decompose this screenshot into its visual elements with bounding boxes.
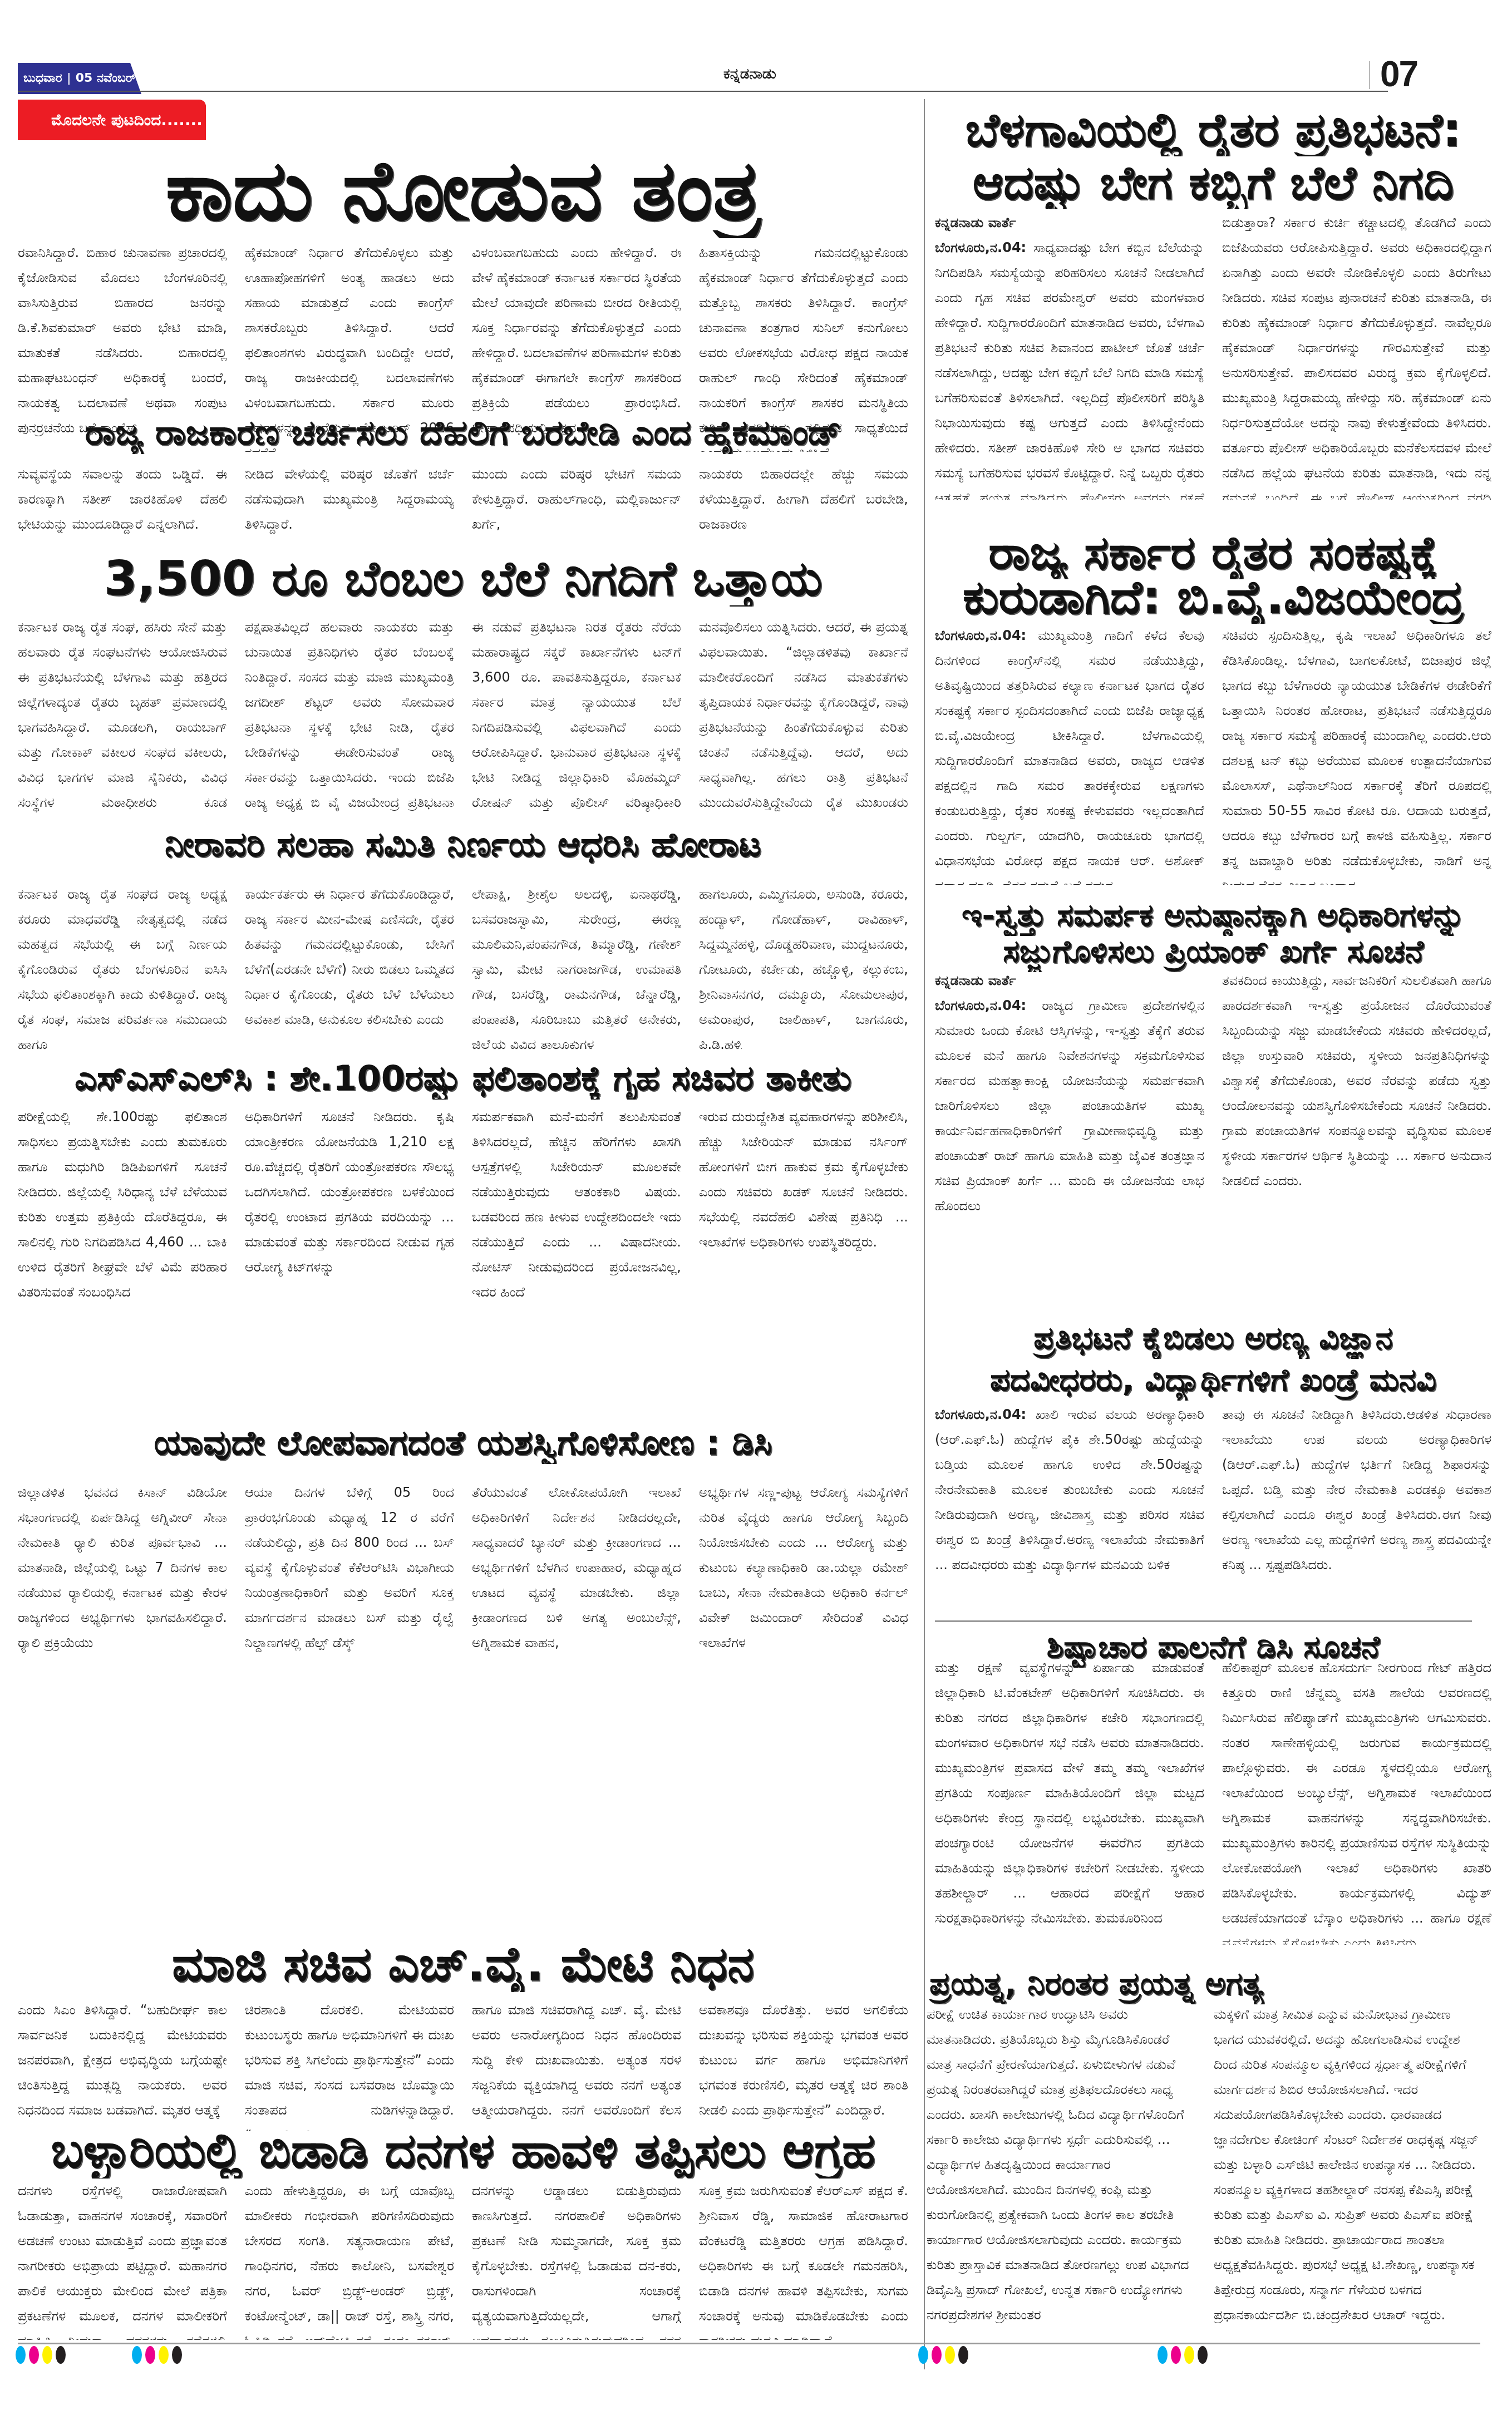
eswathu-headline-line1: ಇ-ಸ್ವತ್ತು ಸಮರ್ಪಕ ಅನುಷ್ಠಾನಕ್ಕಾಗಿ ಅಧಿಕಾರಿಗ… (935, 896, 1491, 936)
dateline: ಬೆಂಗಳೂರು,ನ.04: (935, 998, 1026, 1013)
eswathu-article-body: ಕನ್ನಡನಾಡು ವಾರ್ತೆ ಬೆಂಗಳೂರು,ನ.04: ರಾಜ್ಯದ ಗ… (935, 968, 1491, 1302)
effort-headline: ಪ್ರಯತ್ನ, ನಿರಂತರ ಪ್ರಯತ್ನ ಅಗತ್ಯ (929, 1964, 1486, 2004)
bottom-rule-right (924, 2343, 1480, 2344)
delhi-headline: ರಾಜ್ಯ ರಾಜಕಾರಣ ಚರ್ಚಿಸಲು ದೆಹಲಿಗೆ ಬರಬೇಡಿ ಎಂ… (18, 412, 908, 454)
article-text: ಖಾಲಿ ಇರುವ ವಲಯ ಅರಣ್ಯಾಧಿಕಾರಿ (ಆರ್.ಎಫ್.ಓ) ಹ… (935, 1407, 1204, 1573)
article-column: ಅವಕಾಶವೂ ದೊರೆತಿತ್ತು. ಅವರ ಅಗಲಿಕೆಯ ದುಃಖವನ್ನ… (699, 1998, 908, 2131)
article-column: ಹಾಗೂ ಮಾಜಿ ಸಚಿವರಾಗಿದ್ದ ಎಚ್. ವೈ. ಮೇಟಿ ಅವರು… (472, 1998, 681, 2131)
bottom-rule-left (18, 2343, 924, 2344)
byline: ಕನ್ನಡನಾಡು ವಾರ್ತೆ (935, 968, 1204, 993)
article-column: ಚಿರಶಾಂತಿ ದೊರಕಲಿ. ಮೇಟಿಯವರ ಕುಟುಂಬಸ್ಥರು ಹಾಗ… (245, 1998, 454, 2131)
obituary-article-body: ಎಂದು ಸಿಎಂ ತಿಳಿಸಿದ್ದಾರೆ. “ಬಹುದೀರ್ಘ ಕಾಲ ಸಾ… (18, 1998, 908, 2131)
article-column: ಕನ್ನಡನಾಡು ವಾರ್ತೆ ಬೆಂಗಳೂರು,ನ.04: ಸಾಧ್ಯವಾದ… (935, 210, 1204, 500)
protocol-article-body: ಮತ್ತು ರಕ್ಷಣೆ ವ್ಯವಸ್ಥೆಗಳನ್ನು ಏರ್ಪಾಡು ಮಾಡು… (935, 1655, 1491, 1945)
article-column: ಇರುವ ದುರುದ್ದೇಶಿತ ವ್ಯವಹಾರಗಳನ್ನು ಪರಿಶೀಲಿಸಿ… (699, 1105, 908, 1402)
date-label: 05 ನವೆಂಬರ್ 2025 (76, 71, 175, 85)
article-column: ಪರೀಕ್ಷೆಯಲ್ಲಿ ಶೇ.100ರಷ್ಟು ಫಲಿತಾಂಶ ಸಾಧಿಸಲು… (18, 1105, 227, 1402)
article-column: ಅಧಿಕಾರಿಗಳಿಗೆ ಸೂಚನೆ ನೀಡಿದರು. ಕೃಷಿ ಯಾಂತ್ರೀ… (245, 1105, 454, 1402)
yellow-dot (945, 2346, 955, 2364)
article-column: ಸೂಕ್ತ ಕ್ರಮ ಜರುಗಿಸುವಂತೆ ಕೆಆರ್‌ಎಸ್ ಪಕ್ಷದ ಕ… (699, 2179, 908, 2340)
article-column: ಕರ್ನಾಟಕ ರಾಜ್ಯ ರೈತ ಸಂಘ, ಹಸಿರು ಸೇನೆ ಮತ್ತು … (18, 615, 227, 821)
cattle-headline: ಬಳ್ಳಾರಿಯಲ್ಲಿ ಬಿಡಾಡಿ ದನಗಳ ಹಾವಳಿ ತಪ್ಪಿಸಲು … (18, 2123, 908, 2179)
article-column: ಈ ನಡುವೆ ಪ್ರತಿಭಟನಾ ನಿರತ ರೈತರು ನೆರೆಯ ಮಹಾರಾ… (472, 615, 681, 821)
date-banner: ಬುಧವಾರ|05 ನವೆಂಬರ್ 2025 (18, 63, 141, 94)
forestry-headline-line2: ಪದವೀಧರರು, ವಿದ್ಯಾರ್ಥಿಗಳಿಗೆ ಖಂಡ್ರೆ ಮನವಿ (935, 1361, 1491, 1401)
magenta-dot (932, 2346, 942, 2364)
registration-marks (1158, 2346, 1208, 2364)
article-column: ಬೆಂಗಳೂರು,ನ.04: ಖಾಲಿ ಇರುವ ವಲಯ ಅರಣ್ಯಾಧಿಕಾರ… (935, 1402, 1204, 1619)
yellow-dot (159, 2346, 169, 2364)
forestry-headline-line1: ಪ್ರತಿಭಟನೆ ಕೈಬಿಡಲು ಅರಣ್ಯ ವಿಜ್ಞಾನ (935, 1319, 1491, 1359)
article-column: ಮುಂದು ಎಂದು ವರಿಷ್ಠರ ಭೇಟಿಗೆ ಸಮಯ ಕೇಳುತ್ತಿದ್… (472, 462, 681, 545)
cyan-dot (1158, 2346, 1168, 2364)
article-column: ಹೆಲಿಕಾಪ್ಟರ್ ಮೂಲಕ ಹೊಸದುರ್ಗ ನೀರಗುಂದ ಗೇಟ್ ಹ… (1222, 1655, 1491, 1945)
forestry-article-body: ಬೆಂಗಳೂರು,ನ.04: ಖಾಲಿ ಇರುವ ವಲಯ ಅರಣ್ಯಾಧಿಕಾರ… (935, 1402, 1491, 1619)
effort-article-body: ಪರೀಕ್ಷೆ ಉಚಿತ ಕಾರ್ಯಾಗಾರ ಉದ್ಘಾಟಿಸಿ ಅವರು ಮಾ… (927, 2002, 1483, 2336)
sslc-headline: ಎಸ್‌ಎಸ್‌ಎಲ್‌ಸಿ : ಶೇ.100ರಷ್ಟು ಫಲಿತಾಂಶಕ್ಕೆ… (18, 1057, 908, 1100)
article-column: ಸಮರ್ಪಕವಾಗಿ ಮನೆ-ಮನೆಗೆ ತಲುಪಿಸುವಂತೆ ತಿಳಿಸಿದ… (472, 1105, 681, 1402)
belagavi-article-body: ಕನ್ನಡನಾಡು ವಾರ್ತೆ ಬೆಂಗಳೂರು,ನ.04: ಸಾಧ್ಯವಾದ… (935, 210, 1491, 500)
cyan-dot (918, 2346, 928, 2364)
article-column: ದನಗಳು ರಸ್ತೆಗಳಲ್ಲಿ ರಾಜಾರೋಷವಾಗಿ ಓಡಾಡುತ್ತಾ,… (18, 2179, 227, 2340)
dateline: ಬೆಂಗಳೂರು,ನ.04: (935, 628, 1026, 643)
magenta-dot (29, 2346, 39, 2364)
article-text: ಸಾಧ್ಯವಾದಷ್ಟು ಬೇಗ ಕಬ್ಬಿನ ಬೆಲೆಯನ್ನು ನಿಗದಿಪ… (935, 240, 1204, 500)
obituary-headline: ಮಾಜಿ ಸಚಿವ ಎಚ್.ವೈ. ಮೇಟಿ ನಿಧನ (18, 1936, 908, 1992)
article-column: ನಾಯಕರು ಬಿಹಾರದಲ್ಲೇ ಹೆಚ್ಚು ಸಮಯ ಕಳೆಯುತ್ತಿದ್… (699, 462, 908, 545)
article-column: ಆಯಾ ದಿನಗಳ ಬೆಳಿಗ್ಗೆ 05 ರಿಂದ ಪ್ರಾರಂಭಗೊಂಡು … (245, 1480, 454, 1892)
vijayendra-article-body: ಬೆಂಗಳೂರು,ನ.04: ಮುಖ್ಯಮಂತ್ರಿ ಗಾದಿಗೆ ಕಳೆದ ಕ… (935, 623, 1491, 885)
black-dot (56, 2346, 66, 2364)
belagavi-headline-line1: ಬೆಳಗಾವಿಯಲ್ಲಿ ರೈತರ ಪ್ರತಿಭಟನೆ: (935, 103, 1491, 156)
article-column: ಸಚಿವರು ಸ್ಪಂದಿಸುತ್ತಿಲ್ಲ, ಕೃಷಿ ಇಲಾಖೆ ಅಧಿಕಾ… (1222, 623, 1491, 885)
sugarcane-headline: 3,500 ರೂ ಬೆಂಬಲ ಬೆಲೆ ನಿಗದಿಗೆ ಒತ್ತಾಯ (18, 551, 908, 607)
rally-article-body: ಜಿಲ್ಲಾಡಳಿತ ಭವನದ ಕಿಸಾನ್ ವಿಡಿಯೋ ಸಭಾಂಗಣದಲ್ಲ… (18, 1480, 908, 1892)
article-column: ತಾವು ಈ ಸೂಚನೆ ನೀಡಿದ್ದಾಗಿ ತಿಳಿಸಿದರು.ಆಡಳಿತ … (1222, 1402, 1491, 1619)
yellow-dot (1184, 2346, 1194, 2364)
section-rule (935, 1620, 1472, 1622)
article-column: ಲೇಪಾಕ್ಷಿ, ಶ್ರೀಶೈಲ ಅಲದಳ್ಳಿ, ಏನಾಥರೆಡ್ಡಿ, ಬ… (472, 882, 681, 1049)
dateline: ಬೆಂಗಳೂರು,ನ.04: (935, 240, 1026, 255)
article-text: ರಾಜ್ಯದ ಗ್ರಾಮೀಣ ಪ್ರದೇಶಗಳಲ್ಲಿನ ಸುಮಾರು ಒಂದು… (935, 998, 1204, 1214)
irrigation-article-body: ಕರ್ನಾಟಕ ರಾಜ್ಯ ರೈತ ಸಂಘದ ರಾಜ್ಯ ಅಧ್ಯಕ್ಷ ಕರೂ… (18, 882, 908, 1049)
article-column: ಪರೀಕ್ಷೆ ಉಚಿತ ಕಾರ್ಯಾಗಾರ ಉದ್ಘಾಟಿಸಿ ಅವರು ಮಾ… (927, 2002, 1196, 2336)
rally-headline: ಯಾವುದೇ ಲೋಪವಾಗದಂತೆ ಯಶಸ್ವಿಗೊಳಿಸೋಣ : ಡಿಸಿ (18, 1422, 908, 1464)
cattle-article-body: ದನಗಳು ರಸ್ತೆಗಳಲ್ಲಿ ರಾಜಾರೋಷವಾಗಿ ಓಡಾಡುತ್ತಾ,… (18, 2179, 908, 2340)
article-column: ಬೆಂಗಳೂರು,ನ.04: ಮುಖ್ಯಮಂತ್ರಿ ಗಾದಿಗೆ ಕಳೆದ ಕ… (935, 623, 1204, 885)
magenta-dot (145, 2346, 155, 2364)
article-column: ಮನವೊಲಿಸಲು ಯತ್ನಿಸಿದರು. ಆದರೆ, ಈ ಪ್ರಯತ್ನ ವಿ… (699, 615, 908, 821)
dateline: ಬೆಂಗಳೂರು,ನ.04: (935, 1407, 1026, 1422)
black-dot (172, 2346, 182, 2364)
article-column: ಕರ್ನಾಟಕ ರಾಜ್ಯ ರೈತ ಸಂಘದ ರಾಜ್ಯ ಅಧ್ಯಕ್ಷ ಕರೂ… (18, 882, 227, 1049)
delhi-article-body: ಸುವ್ಯವಸ್ಥೆಯ ಸವಾಲನ್ನು ತಂದು ಒಡ್ಡಿದೆ. ಈ ಕಾರ… (18, 462, 908, 545)
article-column: ಜಿಲ್ಲಾಡಳಿತ ಭವನದ ಕಿಸಾನ್ ವಿಡಿಯೋ ಸಭಾಂಗಣದಲ್ಲ… (18, 1480, 227, 1892)
date-separator: | (67, 63, 71, 94)
article-column: ಅಭ್ಯರ್ಥಿಗಳ ಸಣ್ಣ-ಪುಟ್ಟ ಆರೋಗ್ಯ ಸಮಸ್ಯೆಗಳಿಗೆ… (699, 1480, 908, 1892)
article-column: ಮತ್ತು ರಕ್ಷಣೆ ವ್ಯವಸ್ಥೆಗಳನ್ನು ಏರ್ಪಾಡು ಮಾಡು… (935, 1655, 1204, 1945)
article-column: ಮಕ್ಕಳಿಗೆ ಮಾತ್ರ ಸೀಮಿತ ಎನ್ನುವ ಮನೋಭಾವ ಗ್ರಾಮ… (1214, 2002, 1483, 2336)
cyan-dot (132, 2346, 142, 2364)
article-column: ತವಕದಿಂದ ಕಾಯುತ್ತಿದ್ದು, ಸಾರ್ವಜನಿಕರಿಗೆ ಸುಲಲ… (1222, 968, 1491, 1302)
registration-marks (918, 2346, 968, 2364)
article-column: ಬಿಡುತ್ತಾರಾ? ಸರ್ಕಾರ ಕುರ್ಚಿ ಕಚ್ಚಾಟದಲ್ಲಿ ತೊ… (1222, 210, 1491, 500)
page-number: 07 (1380, 53, 1417, 95)
eswathu-headline-line2: ಸಜ್ಜುಗೊಳಿಸಲು ಪ್ರಿಯಾಂಕ್ ಖರ್ಗೆ ಸೂಚನೆ (935, 932, 1491, 972)
irrigation-headline: ನೀರಾವರಿ ಸಲಹಾ ಸಮಿತಿ ನಿರ್ಣಯ ಆಧರಿಸಿ ಹೋರಾಟ (18, 824, 908, 866)
cyan-dot (16, 2346, 26, 2364)
article-column: ಎಂದು ಹೇಳುತ್ತಿದ್ದರೂ, ಈ ಬಗ್ಗೆ ಯಾವೊಬ್ಬ ಮಾಲೀ… (245, 2179, 454, 2340)
column-divider (924, 99, 925, 2369)
section-banner: ಮೊದಲನೇ ಪುಟದಿಂದ....... (18, 100, 206, 140)
black-dot (958, 2346, 968, 2364)
byline: ಕನ್ನಡನಾಡು ವಾರ್ತೆ (935, 210, 1204, 235)
sslc-article-body: ಪರೀಕ್ಷೆಯಲ್ಲಿ ಶೇ.100ರಷ್ಟು ಫಲಿತಾಂಶ ಸಾಧಿಸಲು… (18, 1105, 908, 1402)
masthead-rule (18, 91, 1388, 92)
article-text: ಮುಖ್ಯಮಂತ್ರಿ ಗಾದಿಗೆ ಕಳೆದ ಕೆಲವು ದಿನಗಳಿಂದ ಕ… (935, 628, 1204, 885)
article-column: ನೀಡಿದ ವೇಳೆಯಲ್ಲಿ ವರಿಷ್ಠರ ಜೊತೆಗೆ ಚರ್ಚೆ ನಡೆ… (245, 462, 454, 545)
belagavi-headline-line2: ಆದಷ್ಟು ಬೇಗ ಕಬ್ಬಿಗೆ ಬೆಲೆ ನಿಗದಿ (935, 156, 1491, 209)
article-column: ಹಾಗಲೂರು, ಎಮ್ಮಿಗನೂರು, ಅಸುಂಡಿ, ಕರೂರು, ಹಂದ್… (699, 882, 908, 1049)
black-dot (1198, 2346, 1208, 2364)
article-column: ಎಂದು ಸಿಎಂ ತಿಳಿಸಿದ್ದಾರೆ. “ಬಹುದೀರ್ಘ ಕಾಲ ಸಾ… (18, 1998, 227, 2131)
yellow-dot (42, 2346, 52, 2364)
page-number-divider (1369, 61, 1370, 89)
sugarcane-article-body: ಕರ್ನಾಟಕ ರಾಜ್ಯ ರೈತ ಸಂಘ, ಹಸಿರು ಸೇನೆ ಮತ್ತು … (18, 615, 908, 821)
article-column: ಕನ್ನಡನಾಡು ವಾರ್ತೆ ಬೆಂಗಳೂರು,ನ.04: ರಾಜ್ಯದ ಗ… (935, 968, 1204, 1302)
registration-marks (16, 2346, 66, 2364)
article-column: ಪಕ್ಷಪಾತವಿಲ್ಲದೆ ಹಲವಾರು ನಾಯಕರು ಮತ್ತು ಚುನಾಯ… (245, 615, 454, 821)
magenta-dot (1171, 2346, 1181, 2364)
registration-marks (132, 2346, 182, 2364)
day-label: ಬುಧವಾರ (23, 71, 62, 85)
article-column: ಸುವ್ಯವಸ್ಥೆಯ ಸವಾಲನ್ನು ತಂದು ಒಡ್ಡಿದೆ. ಈ ಕಾರ… (18, 462, 227, 545)
article-column: ತೆರೆಯುವಂತೆ ಲೋಕೋಪಯೋಗಿ ಇಲಾಖೆ ಅಧಿಕಾರಿಗಳಿಗೆ … (472, 1480, 681, 1892)
vijayendra-headline-line2: ಕುರುಡಾಗಿದೆ: ಬಿ.ವೈ.ವಿಜಯೇಂದ್ರ (935, 570, 1491, 624)
article-column: ದನಗಳನ್ನು ಆಡ್ಡಾಡಲು ಬಿಡುತ್ತಿರುವುದು ಕಾಣಸಿಗು… (472, 2179, 681, 2340)
article-column: ಕಾರ್ಯಕರ್ತರು ಈ ನಿರ್ಧಾರ ತೆಗೆದುಕೊಂಡಿದ್ದಾರೆ,… (245, 882, 454, 1049)
paper-name: ಕನ್ನಡನಾಡು (723, 66, 776, 83)
lead-headline: ಕಾದು ನೋಡುವ ತಂತ್ರ (18, 144, 908, 238)
